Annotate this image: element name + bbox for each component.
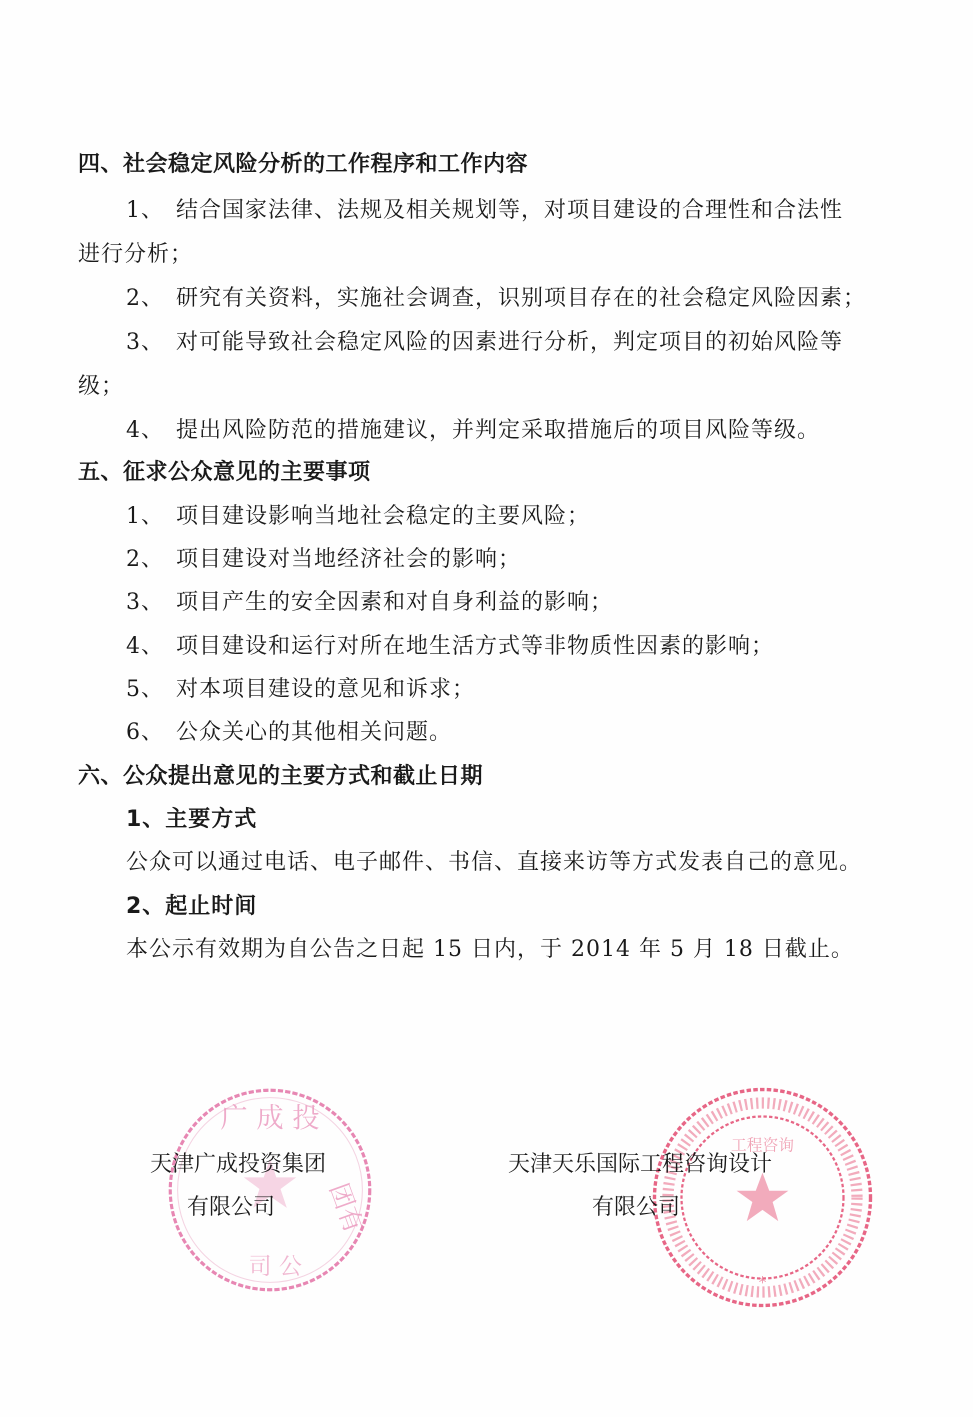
document-page: 四、社会稳定风险分析的工作程序和工作内容 1、结合国家法律、法规及相关规划等，对… bbox=[0, 0, 973, 1417]
subsection-method-body: 公众可以通过电话、电子邮件、书信、直接来访等方式发表自己的意见。 bbox=[126, 848, 862, 878]
section-4-item-1-continuation: 进行分析； bbox=[78, 240, 193, 270]
item-text: 公众关心的其他相关问题。 bbox=[176, 720, 452, 745]
section-6-title: 六、公众提出意见的主要方式和截止日期 bbox=[78, 762, 483, 792]
seal-stamp-icon: 广 成 投 团有 司 公 bbox=[165, 1085, 375, 1295]
section-5-item-3: 3、项目产生的安全因素和对自身利益的影响； bbox=[126, 588, 613, 618]
section-4-item-3: 3、对可能导致社会稳定风险的因素进行分析，判定项目的初始风险等 bbox=[126, 328, 843, 358]
section-4-item-4: 4、提出风险防范的措施建议，并判定采取措施后的项目风险等级。 bbox=[126, 416, 820, 446]
section-4-title: 四、社会稳定风险分析的工作程序和工作内容 bbox=[78, 150, 528, 180]
item-text: 研究有关资料，实施社会调查，识别项目存在的社会稳定风险因素； bbox=[176, 286, 866, 311]
signature-left-line1: 天津广成投资集团 bbox=[150, 1150, 326, 1180]
section-4-item-1: 1、结合国家法律、法规及相关规划等，对项目建设的合理性和合法性 bbox=[126, 196, 843, 226]
section-5-item-6: 6、公众关心的其他相关问题。 bbox=[126, 718, 452, 748]
section-5-item-4: 4、项目建设和运行对所在地生活方式等非物质性因素的影响； bbox=[126, 632, 774, 662]
svg-text:司 公: 司 公 bbox=[249, 1254, 303, 1280]
item-number: 2、 bbox=[126, 284, 176, 314]
section-5-title: 五、征求公众意见的主要事项 bbox=[78, 458, 371, 488]
item-text: 对可能导致社会稳定风险的因素进行分析，判定项目的初始风险等 bbox=[176, 330, 843, 355]
company-seal-right: 工程咨询 * bbox=[650, 1085, 875, 1310]
item-number: 6、 bbox=[126, 718, 176, 748]
signature-left-line2: 有限公司 bbox=[187, 1193, 275, 1223]
signature-right-line2: 有限公司 bbox=[592, 1193, 680, 1223]
section-5-item-1: 1、项目建设影响当地社会稳定的主要风险； bbox=[126, 502, 590, 532]
section-5-item-2: 2、项目建设对当地经济社会的影响； bbox=[126, 545, 521, 575]
section-4-item-3-continuation: 级； bbox=[78, 372, 124, 402]
item-number: 3、 bbox=[126, 588, 176, 618]
item-number: 2、 bbox=[126, 545, 176, 575]
item-text: 项目建设影响当地社会稳定的主要风险； bbox=[176, 504, 590, 529]
item-text: 对本项目建设的意见和诉求； bbox=[176, 677, 475, 702]
svg-text:团有: 团有 bbox=[324, 1179, 368, 1236]
company-seal-left: 广 成 投 团有 司 公 bbox=[165, 1085, 375, 1295]
subsection-period-body: 本公示有效期为自公告之日起 15 日内，于 2014 年 5 月 18 日截止。 bbox=[126, 935, 854, 965]
svg-text:*: * bbox=[759, 1273, 767, 1292]
item-number: 1、 bbox=[126, 502, 176, 532]
item-number: 3、 bbox=[126, 328, 176, 358]
item-text: 提出风险防范的措施建议，并判定采取措施后的项目风险等级。 bbox=[176, 418, 820, 443]
subsection-method-title: 1、主要方式 bbox=[126, 805, 257, 835]
signature-right-line1: 天津天乐国际工程咨询设计 bbox=[508, 1150, 772, 1180]
item-text: 结合国家法律、法规及相关规划等，对项目建设的合理性和合法性 bbox=[176, 198, 843, 223]
seal-stamp-icon: 工程咨询 * bbox=[650, 1085, 875, 1310]
item-number: 5、 bbox=[126, 675, 176, 705]
item-number: 4、 bbox=[126, 416, 176, 446]
item-number: 4、 bbox=[126, 632, 176, 662]
svg-text:广 成 投: 广 成 投 bbox=[220, 1103, 319, 1134]
subsection-period-title: 2、起止时间 bbox=[126, 892, 257, 922]
item-text: 项目建设对当地经济社会的影响； bbox=[176, 547, 521, 572]
item-number: 1、 bbox=[126, 196, 176, 226]
section-5-item-5: 5、对本项目建设的意见和诉求； bbox=[126, 675, 475, 705]
section-4-item-2: 2、研究有关资料，实施社会调查，识别项目存在的社会稳定风险因素； bbox=[126, 284, 866, 314]
item-text: 项目建设和运行对所在地生活方式等非物质性因素的影响； bbox=[176, 634, 774, 659]
item-text: 项目产生的安全因素和对自身利益的影响； bbox=[176, 590, 613, 615]
